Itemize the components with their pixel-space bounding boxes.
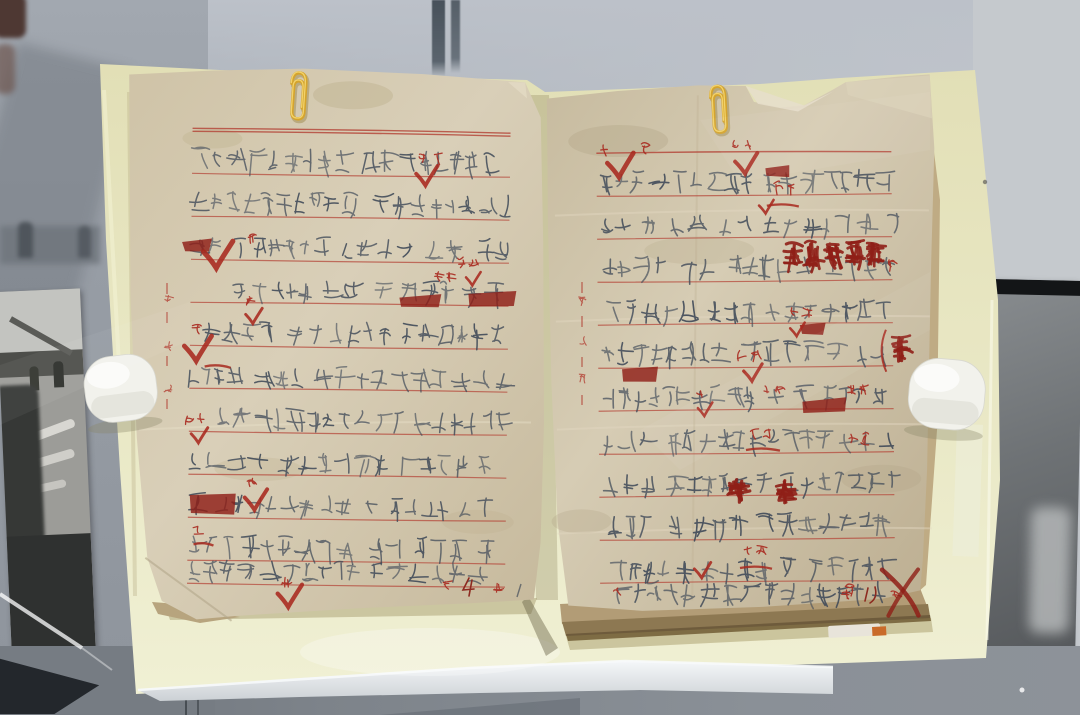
manuscript-artwork-layer xyxy=(0,0,1080,715)
museum-display-case-photo xyxy=(0,0,1080,715)
